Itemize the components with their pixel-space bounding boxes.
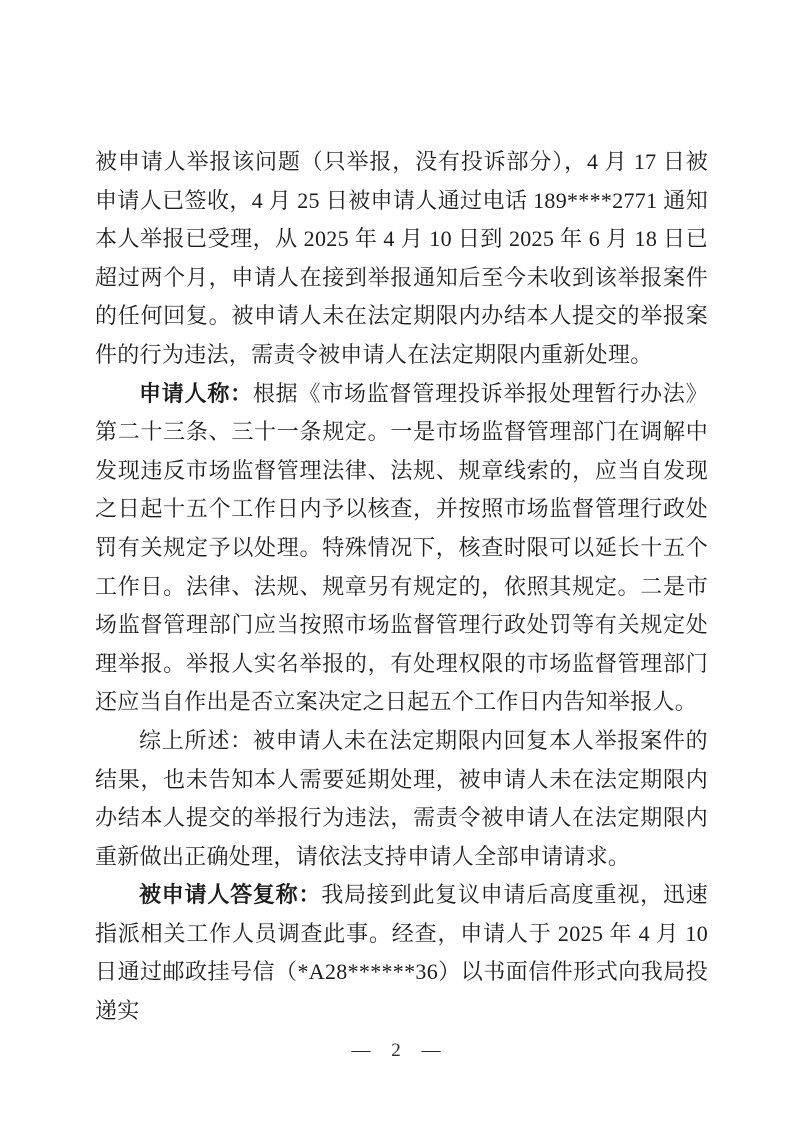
document-body: 被申请人举报该问题（只举报，没有投诉部分），4 月 17 日被申请人已签收，4 …	[95, 143, 708, 1031]
paragraph-text: 综上所述：被申请人未在法定期限内回复本人举报案件的结果，也未告知本人需要延期处理…	[95, 728, 708, 869]
document-page: 被申请人举报该问题（只举报，没有投诉部分），4 月 17 日被申请人已签收，4 …	[0, 0, 793, 1122]
paragraph: 被申请人举报该问题（只举报，没有投诉部分），4 月 17 日被申请人已签收，4 …	[95, 143, 708, 375]
paragraph-text: 根据《市场监督管理投诉举报处理暂行办法》第二十三条、三十一条规定。一是市场监督管…	[95, 381, 708, 715]
paragraph-lead: 被申请人答复称：	[139, 882, 321, 907]
paragraph-lead: 申请人称：	[139, 381, 253, 406]
paragraph: 申请人称：根据《市场监督管理投诉举报处理暂行办法》第二十三条、三十一条规定。一是…	[95, 375, 708, 722]
footer-right-dash: —	[422, 1040, 442, 1062]
paragraph-text: 被申请人举报该问题（只举报，没有投诉部分），4 月 17 日被申请人已签收，4 …	[95, 149, 708, 367]
page-footer: — 2 —	[0, 1040, 793, 1062]
footer-left-dash: —	[352, 1040, 372, 1062]
paragraph: 综上所述：被申请人未在法定期限内回复本人举报案件的结果，也未告知本人需要延期处理…	[95, 722, 708, 876]
page-number: 2	[391, 1040, 402, 1062]
paragraph: 被申请人答复称：我局接到此复议申请后高度重视，迅速指派相关工作人员调查此事。经查…	[95, 876, 708, 1030]
